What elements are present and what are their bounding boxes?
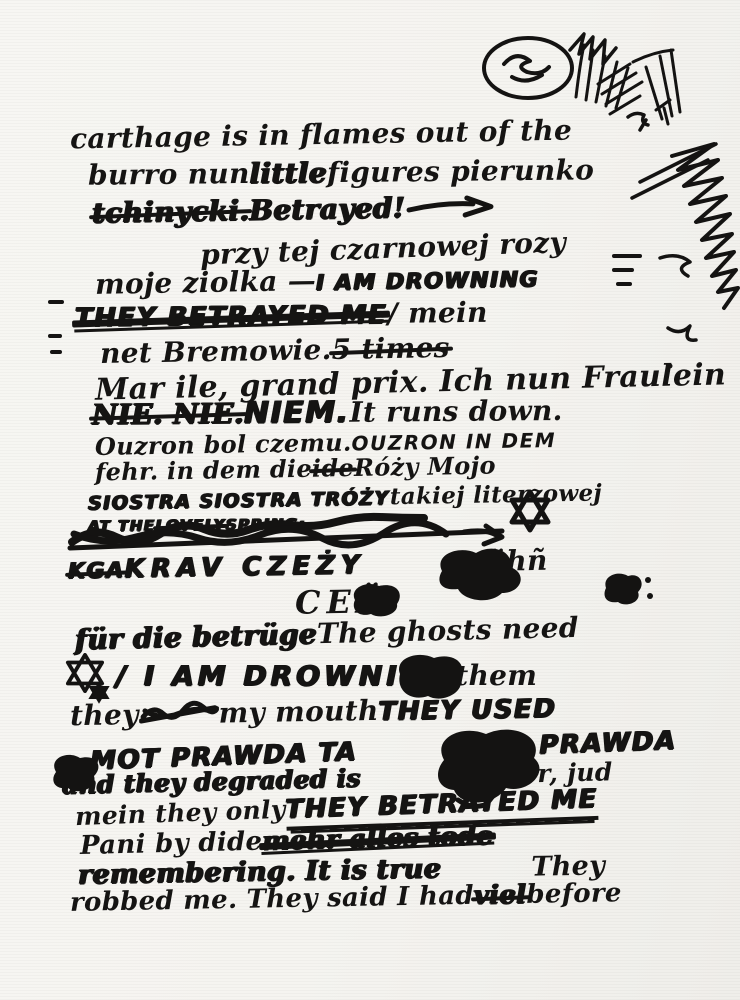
ink-blot (345, 578, 407, 620)
text-segment-struck: tchinycki. (92, 194, 250, 230)
ink-blot (598, 568, 654, 610)
text-segment-caps: I AM DROWNING (316, 267, 540, 296)
text-segment-struck: KGA (68, 558, 125, 584)
arrow-right-icon (405, 193, 497, 219)
star-of-david-icon (86, 680, 112, 705)
text-segment-overwritten: little (249, 156, 327, 190)
handwritten-line: net Bremowie. 5 times (100, 331, 450, 370)
handwritten-line: burro nun little figures pierunko (88, 153, 594, 191)
text-segment-struck: 5 times (331, 331, 450, 366)
text-segment-overwritten: für die betrüge (75, 617, 318, 656)
text-segment-struck: mehr alles tode (262, 821, 494, 857)
text-segment-struck: viel (474, 880, 527, 911)
text-segment: robbed me. They said I had (70, 881, 474, 918)
ink-blot (46, 748, 106, 796)
signature-scribble (478, 22, 688, 137)
text-segment-caps: NIEM. (244, 395, 350, 431)
text-segment: burro nun (88, 157, 250, 192)
ink-blot (388, 648, 472, 706)
margin-tick-marks (48, 296, 68, 356)
scribble-word (138, 700, 218, 727)
text-segment: my mouth (218, 694, 379, 730)
text-segment: mein they only (75, 795, 287, 831)
handwritten-line: für die betrüge The ghosts need (75, 611, 579, 656)
text-segment-struck: THEY BETRAYED ME (75, 300, 388, 333)
handwritten-line: tchinycki. Betrayed! (92, 189, 498, 229)
text-segment: net Bremowie. (100, 333, 332, 370)
text-segment-struck: NIE. NIE. (92, 397, 244, 431)
ink-blot (428, 722, 553, 812)
text-segment: figures pierunko (327, 153, 594, 189)
margin-scrawl (612, 138, 737, 373)
text-segment: Betrayed! (249, 191, 406, 227)
text-segment: before (526, 878, 622, 910)
star-of-david-icon (508, 490, 552, 532)
text-segment: / mein (387, 296, 488, 330)
text-segment: takiej literzowej (390, 480, 603, 511)
ink-blot (430, 543, 535, 605)
manuscript-page: carthage is in flames out of the burro n… (0, 0, 740, 1000)
handwritten-line: moje ziolka — I AM DROWNING (95, 260, 540, 301)
text-segment: moje ziolka — (95, 264, 317, 301)
handwritten-line: THEY BETRAYED ME / mein (75, 296, 488, 333)
